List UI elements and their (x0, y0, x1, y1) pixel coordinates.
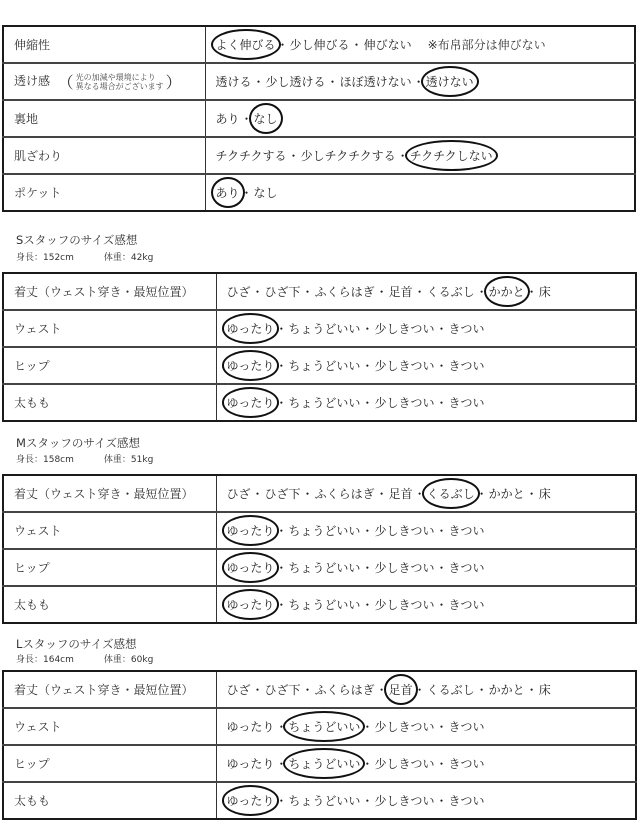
selected-option-circled: ゆったり (227, 394, 275, 411)
staff-m-measurements: 身長：158cm体重：51kg (16, 452, 153, 465)
option: ひざ (227, 681, 251, 698)
table-row: 太ももゆったり・ちょうどいい・少しきつい・きつい (3, 384, 636, 421)
row-label: 肌ざわり (14, 149, 62, 163)
table-row: ウェストゆったり・ちょうどいい・少しきつい・きつい (3, 310, 636, 347)
option: チクチクする (216, 147, 287, 164)
row-value-cell: 透ける・少し透ける・ほぼ透けない・透けない (205, 63, 635, 100)
row-value-cell: あり・なし (205, 100, 635, 137)
row-label: 着丈（ウェスト穿き・最短位置） (14, 487, 194, 501)
option: くるぶし (427, 283, 475, 300)
option: きつい (448, 718, 484, 735)
selected-option-circled: ちょうどいい (288, 718, 360, 735)
row-label: ヒップ (14, 561, 50, 575)
option: ちょうどいい (288, 522, 360, 539)
staff-s-size-table: 着丈（ウェスト穿き・最短位置）ひざ・ひざ下・ふくらはぎ・足首・くるぶし・かかと・… (2, 272, 637, 422)
option-separator: ・ (435, 720, 447, 734)
option-separator: ・ (361, 598, 373, 612)
option-separator: ・ (361, 322, 373, 336)
selected-option-circled: よく伸びる (216, 36, 276, 53)
option-separator: ・ (302, 487, 314, 501)
table-row: 伸縮性よく伸びる・少し伸びる・伸びない※布帛部分は伸びない (3, 26, 635, 63)
option: ひざ (227, 485, 251, 502)
row-label: ポケット (14, 186, 61, 200)
row-label-cell: ウェスト (3, 512, 216, 549)
option-separator: ・ (435, 524, 447, 538)
staff-s-weight: 体重：42kg (104, 253, 153, 263)
row-value-cell: チクチクする・少しチクチクする・チクチクしない (205, 137, 635, 174)
option: きつい (448, 320, 484, 337)
option-separator: ・ (361, 794, 373, 808)
option-separator: ・ (435, 598, 447, 612)
option: ひざ下 (265, 283, 301, 300)
option: 少しきつい (374, 320, 434, 337)
option-separator: ・ (476, 683, 488, 697)
option: 少しきつい (374, 559, 434, 576)
row-label-cell: ポケット (3, 174, 205, 211)
row-label: ウェスト (14, 720, 62, 734)
option-separator: ・ (414, 285, 426, 299)
row-label-cell: 裏地 (3, 100, 205, 137)
row-label: ウェスト (14, 524, 62, 538)
option: くるぶし (427, 681, 475, 698)
row-value-cell: ひざ・ひざ下・ふくらはぎ・足首・くるぶし・かかと・床 (216, 475, 636, 512)
row-label-cell: 着丈（ウェスト穿き・最短位置） (3, 273, 216, 310)
row-value-cell: あり・なし (205, 174, 635, 211)
option-separator: ・ (302, 683, 314, 697)
row-label: 太もも (14, 598, 50, 612)
option: 少し伸びる (290, 36, 350, 53)
selected-option-circled: あり (216, 184, 240, 201)
selected-option-circled: チクチクしない (410, 147, 493, 164)
selected-option-circled: かかと (489, 283, 525, 300)
row-label-cell: ウェスト (3, 708, 216, 745)
table-row: 肌ざわりチクチクする・少しチクチクする・チクチクしない (3, 137, 635, 174)
row-label: 着丈（ウェスト穿き・最短位置） (14, 683, 194, 697)
selected-option-circled: ゆったり (227, 522, 275, 539)
option: ふくらはぎ (315, 681, 375, 698)
option: ひざ下 (265, 485, 301, 502)
option-separator: ・ (253, 75, 265, 89)
row-value-cell: ひざ・ひざ下・ふくらはぎ・足首・くるぶし・かかと・床 (216, 273, 636, 310)
option-separator: ・ (252, 683, 264, 697)
option-separator: ・ (435, 322, 447, 336)
row-value-cell: ゆったり・ちょうどいい・少しきつい・きつい (216, 782, 636, 819)
option-separator: ・ (361, 396, 373, 410)
option: ゆったり (227, 718, 275, 735)
option: 伸びない (364, 36, 412, 53)
row-label-cell: ウェスト (3, 310, 216, 347)
row-label: 着丈（ウェスト穿き・最短位置） (14, 285, 194, 299)
row-note: ※布帛部分は伸びない (428, 38, 546, 52)
option-separator: ・ (376, 487, 388, 501)
selected-option-circled: 透けない (426, 73, 474, 90)
row-value-cell: ゆったり・ちょうどいい・少しきつい・きつい (216, 745, 636, 782)
option: きつい (448, 394, 484, 411)
option: きつい (448, 522, 484, 539)
table-row: ウェストゆったり・ちょうどいい・少しきつい・きつい (3, 708, 636, 745)
row-value-cell: ゆったり・ちょうどいい・少しきつい・きつい (216, 549, 636, 586)
option-separator: ・ (351, 38, 363, 52)
paren-close: ） (166, 73, 182, 92)
staff-s-heading: Sスタッフのサイズ感想 (16, 232, 137, 248)
row-label-cell: ヒップ (3, 549, 216, 586)
row-label: 透け感 (14, 74, 50, 88)
option: 少しきつい (374, 394, 434, 411)
row-value-cell: ゆったり・ちょうどいい・少しきつい・きつい (216, 586, 636, 623)
label-note-line1: 光の加減や環境により (76, 73, 156, 82)
row-label: ウェスト (14, 322, 62, 336)
option: ほぼ透けない (340, 73, 412, 90)
row-label-cell: 透け感 （光の加減や環境により異なる場合がございます） (3, 63, 205, 100)
staff-s-measurements: 身長：152cm体重：42kg (16, 250, 153, 263)
option: きつい (448, 357, 484, 374)
staff-l-measurements: 身長：164cm体重：60kg (16, 652, 153, 665)
row-value-cell: ゆったり・ちょうどいい・少しきつい・きつい (216, 708, 636, 745)
staff-l-weight: 体重：60kg (104, 655, 153, 665)
option-separator: ・ (288, 149, 300, 163)
row-label: 太もも (14, 396, 50, 410)
option-separator: ・ (435, 757, 447, 771)
option-separator: ・ (435, 396, 447, 410)
selected-option-circled: ゆったり (227, 792, 275, 809)
label-note-line2: 異なる場合がございます (76, 82, 164, 91)
selected-option-circled: ゆったり (227, 596, 275, 613)
row-value-cell: ゆったり・ちょうどいい・少しきつい・きつい (216, 512, 636, 549)
option: ちょうどいい (288, 596, 360, 613)
table-row: ポケットあり・なし (3, 174, 635, 211)
paren-open: （ (58, 73, 74, 92)
row-label-cell: ヒップ (3, 745, 216, 782)
option: 少しきつい (374, 755, 434, 772)
selected-option-circled: くるぶし (427, 485, 475, 502)
option-separator: ・ (252, 487, 264, 501)
option: 床 (539, 485, 551, 502)
option: かかと (489, 485, 525, 502)
option: 少しきつい (374, 718, 434, 735)
row-label-cell: 太もも (3, 782, 216, 819)
row-label-cell: 着丈（ウェスト穿き・最短位置） (3, 475, 216, 512)
option-separator: ・ (435, 561, 447, 575)
option: 少しきつい (374, 357, 434, 374)
selected-option-circled: ゆったり (227, 320, 275, 337)
option: 少し透ける (266, 73, 326, 90)
selected-option-circled: ちょうどいい (288, 755, 360, 772)
option: ひざ下 (265, 681, 301, 698)
staff-s-height: 身長：152cm (16, 253, 74, 263)
table-row: 太ももゆったり・ちょうどいい・少しきつい・きつい (3, 782, 636, 819)
row-label: ヒップ (14, 757, 50, 771)
row-label-cell: 太もも (3, 586, 216, 623)
option: 床 (539, 681, 551, 698)
option: ひざ (227, 283, 251, 300)
table-row: ヒップゆったり・ちょうどいい・少しきつい・きつい (3, 549, 636, 586)
option: 透ける (216, 73, 252, 90)
option: 少しきつい (374, 596, 434, 613)
staff-m-size-table: 着丈（ウェスト穿き・最短位置）ひざ・ひざ下・ふくらはぎ・足首・くるぶし・かかと・… (2, 474, 637, 624)
option-separator: ・ (252, 285, 264, 299)
option: あり (216, 110, 240, 127)
option: ふくらはぎ (315, 485, 375, 502)
selected-option-circled: ゆったり (227, 357, 275, 374)
selected-option-circled: ゆったり (227, 559, 275, 576)
staff-l-size-table: 着丈（ウェスト穿き・最短位置）ひざ・ひざ下・ふくらはぎ・足首・くるぶし・かかと・… (2, 670, 637, 820)
staff-m-height: 身長：158cm (16, 455, 74, 465)
row-value-cell: ゆったり・ちょうどいい・少しきつい・きつい (216, 384, 636, 421)
table-row: ウェストゆったり・ちょうどいい・少しきつい・きつい (3, 512, 636, 549)
option: ちょうどいい (288, 394, 360, 411)
option-separator: ・ (435, 794, 447, 808)
row-value-cell: よく伸びる・少し伸びる・伸びない※布帛部分は伸びない (205, 26, 635, 63)
row-label: ヒップ (14, 359, 50, 373)
option-separator: ・ (526, 683, 538, 697)
selected-option-circled: 足首 (389, 681, 413, 698)
row-value-cell: ひざ・ひざ下・ふくらはぎ・足首・くるぶし・かかと・床 (216, 671, 636, 708)
label-note: 光の加減や環境により異なる場合がございます (76, 73, 164, 91)
row-value-cell: ゆったり・ちょうどいい・少しきつい・きつい (216, 310, 636, 347)
fabric-properties-table: 伸縮性よく伸びる・少し伸びる・伸びない※布帛部分は伸びない透け感 （光の加減や環… (2, 25, 636, 212)
row-label: 裏地 (14, 112, 38, 126)
option: きつい (448, 596, 484, 613)
table-row: ヒップゆったり・ちょうどいい・少しきつい・きつい (3, 745, 636, 782)
staff-l-height: 身長：164cm (16, 655, 74, 665)
row-value-cell: ゆったり・ちょうどいい・少しきつい・きつい (216, 347, 636, 384)
option: なし (254, 184, 278, 201)
option: 少しきつい (374, 792, 434, 809)
option: きつい (448, 559, 484, 576)
option: ゆったり (227, 755, 275, 772)
table-row: 着丈（ウェスト穿き・最短位置）ひざ・ひざ下・ふくらはぎ・足首・くるぶし・かかと・… (3, 475, 636, 512)
table-row: 着丈（ウェスト穿き・最短位置）ひざ・ひざ下・ふくらはぎ・足首・くるぶし・かかと・… (3, 273, 636, 310)
option: 床 (539, 283, 551, 300)
option: かかと (489, 681, 525, 698)
option: きつい (448, 792, 484, 809)
option: きつい (448, 755, 484, 772)
staff-l-heading: Lスタッフのサイズ感想 (16, 636, 137, 652)
option: ちょうどいい (288, 320, 360, 337)
option-separator: ・ (302, 285, 314, 299)
option: 足首 (389, 485, 413, 502)
table-row: 太ももゆったり・ちょうどいい・少しきつい・きつい (3, 586, 636, 623)
option-separator: ・ (376, 285, 388, 299)
option-separator: ・ (361, 524, 373, 538)
staff-m-weight: 体重：51kg (104, 455, 153, 465)
option-separator: ・ (361, 359, 373, 373)
option: ちょうどいい (288, 559, 360, 576)
row-label-cell: 肌ざわり (3, 137, 205, 174)
staff-m-heading: Mスタッフのサイズ感想 (16, 435, 140, 451)
option: ちょうどいい (288, 357, 360, 374)
table-row: 着丈（ウェスト穿き・最短位置）ひざ・ひざ下・ふくらはぎ・足首・くるぶし・かかと・… (3, 671, 636, 708)
table-row: ヒップゆったり・ちょうどいい・少しきつい・きつい (3, 347, 636, 384)
option: 足首 (389, 283, 413, 300)
selected-option-circled: なし (254, 110, 278, 127)
option-separator: ・ (526, 487, 538, 501)
option-separator: ・ (327, 75, 339, 89)
row-label-cell: ヒップ (3, 347, 216, 384)
row-label: 太もも (14, 794, 50, 808)
option: 少しチクチクする (301, 147, 396, 164)
option-separator: ・ (361, 561, 373, 575)
option-separator: ・ (435, 359, 447, 373)
row-label-cell: 太もも (3, 384, 216, 421)
table-row: 透け感 （光の加減や環境により異なる場合がございます）透ける・少し透ける・ほぼ透… (3, 63, 635, 100)
option: 少しきつい (374, 522, 434, 539)
option: ちょうどいい (288, 792, 360, 809)
table-row: 裏地あり・なし (3, 100, 635, 137)
row-label-cell: 伸縮性 (3, 26, 205, 63)
option: ふくらはぎ (315, 283, 375, 300)
row-label-cell: 着丈（ウェスト穿き・最短位置） (3, 671, 216, 708)
row-label: 伸縮性 (14, 38, 50, 52)
